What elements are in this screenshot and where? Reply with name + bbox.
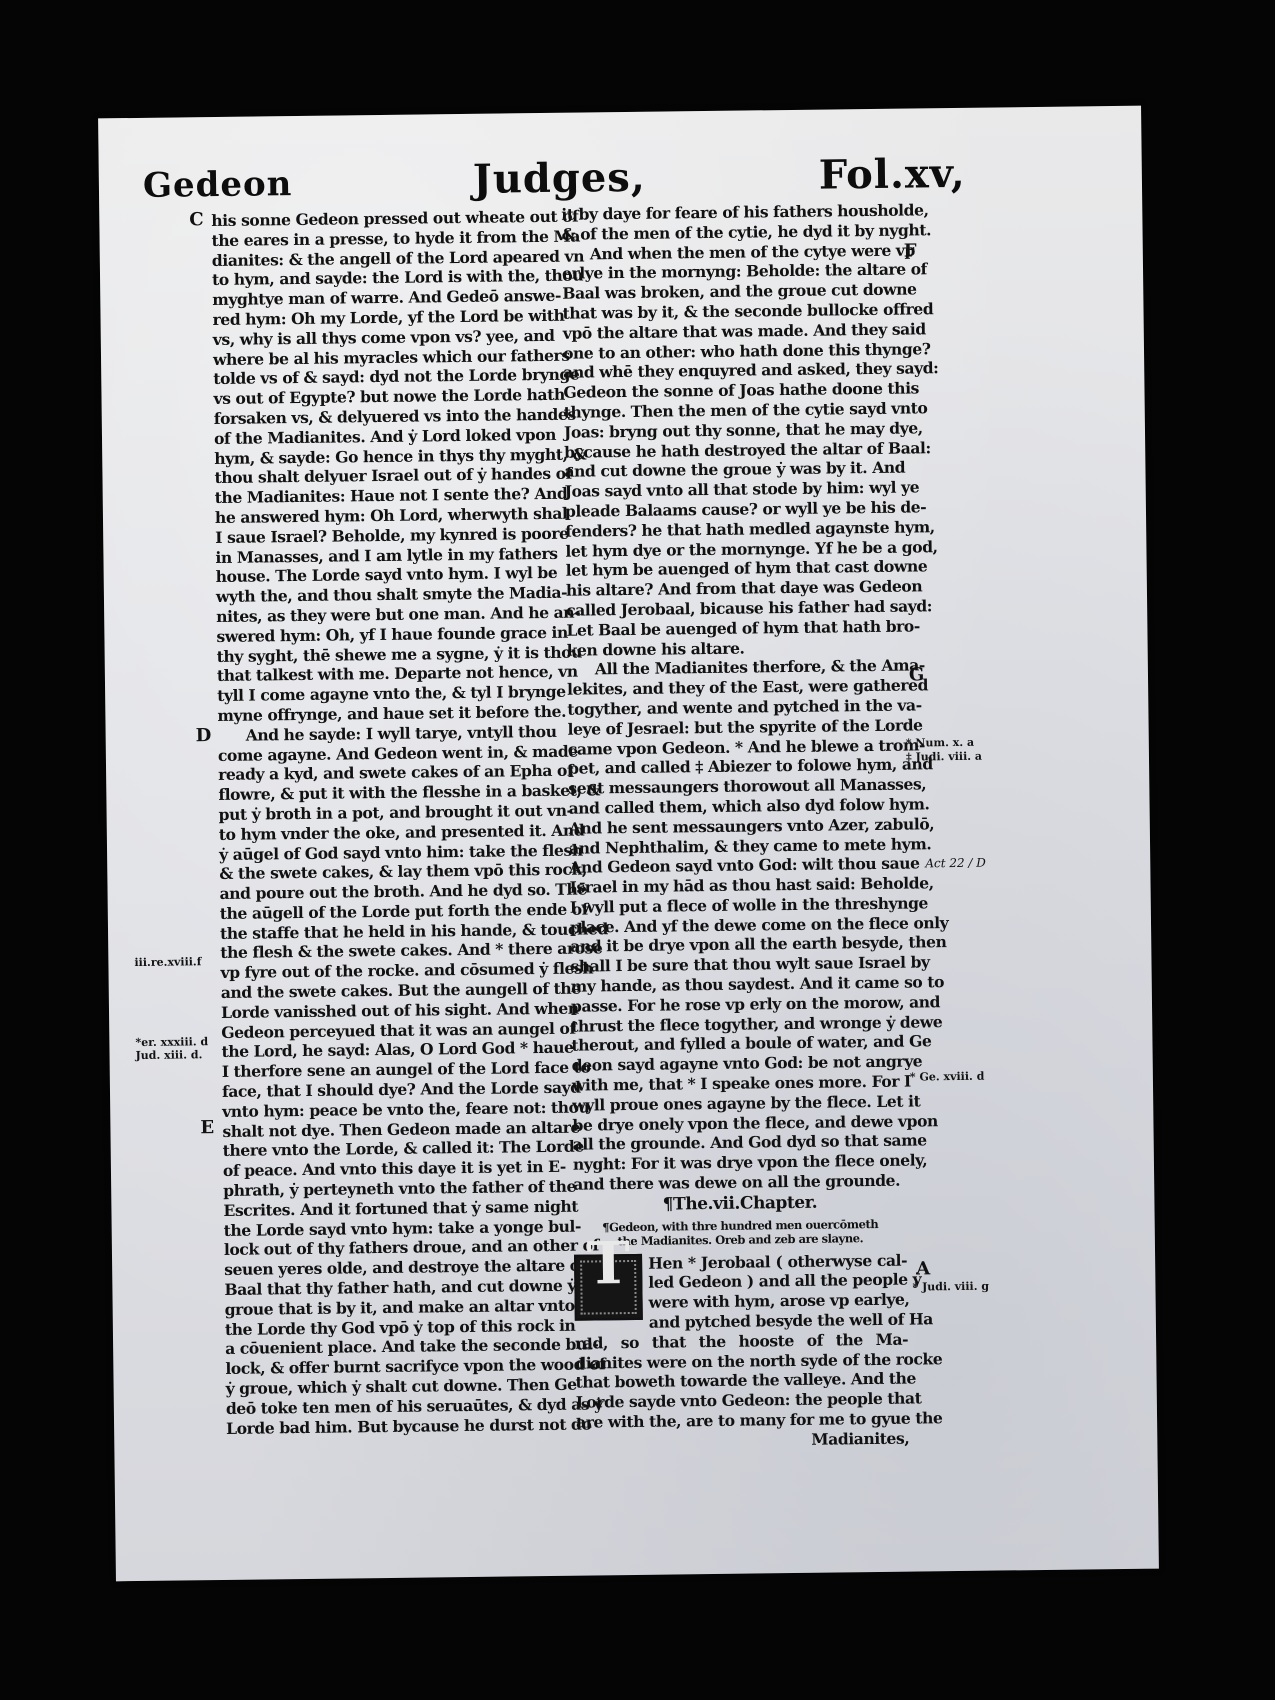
catchword: Madianites,	[576, 1428, 909, 1452]
margin-note-reference: Jud. xiii. d.	[135, 1048, 202, 1062]
chapter-opening: T Hen * Jerobaal ( otherwyse cal- led Ge…	[574, 1250, 909, 1452]
running-head-left: Gedeon	[143, 164, 293, 206]
margin-note-reference: iii.re.xviii.f	[134, 955, 201, 969]
section-letter-c: C	[189, 209, 204, 230]
text-line: Lorde bad him. But bycause he durst not …	[226, 1415, 551, 1439]
handwritten-annotation: Act 22 / D	[925, 856, 986, 871]
bible-leaf-page: Gedeon Judges, Fol.xv, C D E F G A iii.r…	[98, 106, 1159, 1582]
margin-note-reference: * Judi. viii. g	[912, 1280, 989, 1294]
margin-note-reference: *er. xxxiii. d	[135, 1035, 208, 1049]
text-line: Let Baal be auenged of hym that hath bro…	[566, 616, 899, 640]
section-letter-e: E	[200, 1117, 214, 1138]
decorated-initial-letter: T	[576, 1254, 640, 1275]
running-head-book-title: Judges,	[473, 154, 646, 203]
section-letter-d: D	[196, 725, 212, 746]
margin-note-reference: * Ge. xviii. d	[910, 1070, 985, 1084]
chapter-heading: ¶The.vii.Chapter.	[573, 1192, 906, 1216]
left-text-column: his sonne Gedeon pressed out wheate out …	[211, 207, 551, 1438]
decorated-initial-t: T	[574, 1254, 643, 1321]
folio-number: Fol.xv,	[819, 150, 966, 199]
text-line: and there was dewe on all the grounde.	[573, 1171, 906, 1195]
right-text-column: it by daye for feare of his fathers hous…	[561, 201, 909, 1453]
